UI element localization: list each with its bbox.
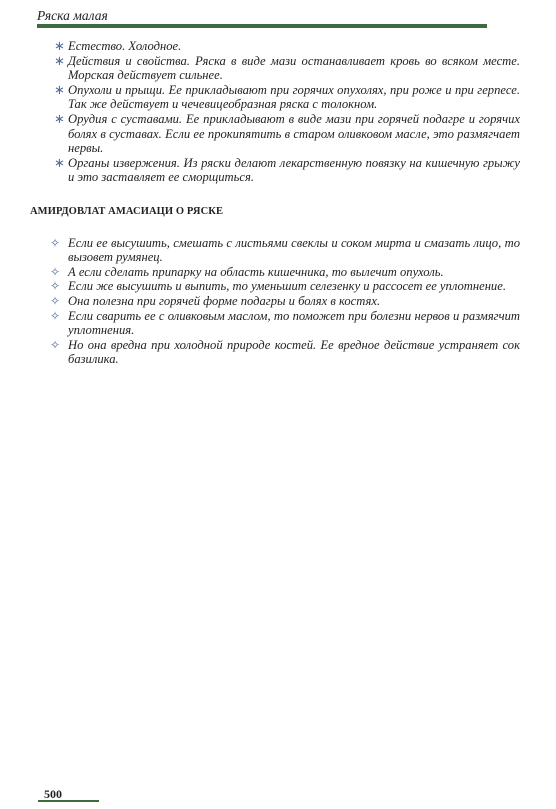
diamond-bullet-icon: ✧	[50, 265, 60, 280]
footer-rule	[38, 800, 99, 802]
section-heading: АМИРДОВЛАТ АМАСИАЦИ О РЯСКЕ	[30, 205, 520, 220]
diamond-bullet-icon: ✧	[50, 236, 60, 251]
list-item: ✧Она полезна при горячей форме подагры и…	[52, 294, 520, 309]
list-item: ✧Но она вредна при холодной природе кост…	[52, 338, 520, 367]
list-item: ✧Если сварить ее с оливковым маслом, то …	[52, 309, 520, 338]
diamond-bullet-icon: ✧	[50, 309, 60, 324]
page-content: ∗Естество. Холодное. ∗Действия и свойств…	[30, 39, 520, 367]
list-item: ∗Опухоли и прыщи. Ее прикладывают при го…	[56, 83, 520, 112]
running-head-title: Ряска малая	[37, 8, 487, 24]
list-item: ∗Орудия с суставами. Ее прикладывают в в…	[56, 112, 520, 156]
diamond-bullet-icon: ✧	[50, 294, 60, 309]
list-item: ✧А если сделать припарку на область кише…	[52, 265, 520, 280]
properties-list: ∗Естество. Холодное. ∗Действия и свойств…	[30, 39, 520, 185]
list-item: ∗Естество. Холодное.	[56, 39, 520, 54]
list-item: ✧Если ее высушить, смешать с листьями св…	[52, 236, 520, 265]
list-item: ∗Действия и свойства. Ряска в виде мази …	[56, 54, 520, 83]
list-item: ✧Если же высушить и выпить, то уменьшит …	[52, 279, 520, 294]
asterisk-bullet-icon: ∗	[54, 83, 65, 98]
header-rule	[37, 24, 487, 28]
list-item: ∗Органы извержения. Из ряски делают лека…	[56, 156, 520, 185]
diamond-bullet-icon: ✧	[50, 338, 60, 353]
asterisk-bullet-icon: ∗	[54, 112, 65, 127]
diamond-bullet-icon: ✧	[50, 279, 60, 294]
asterisk-bullet-icon: ∗	[54, 156, 65, 171]
page-header: Ряска малая	[37, 8, 487, 24]
asterisk-bullet-icon: ∗	[54, 54, 65, 69]
section-list: ✧Если ее высушить, смешать с листьями св…	[30, 236, 520, 367]
asterisk-bullet-icon: ∗	[54, 39, 65, 54]
